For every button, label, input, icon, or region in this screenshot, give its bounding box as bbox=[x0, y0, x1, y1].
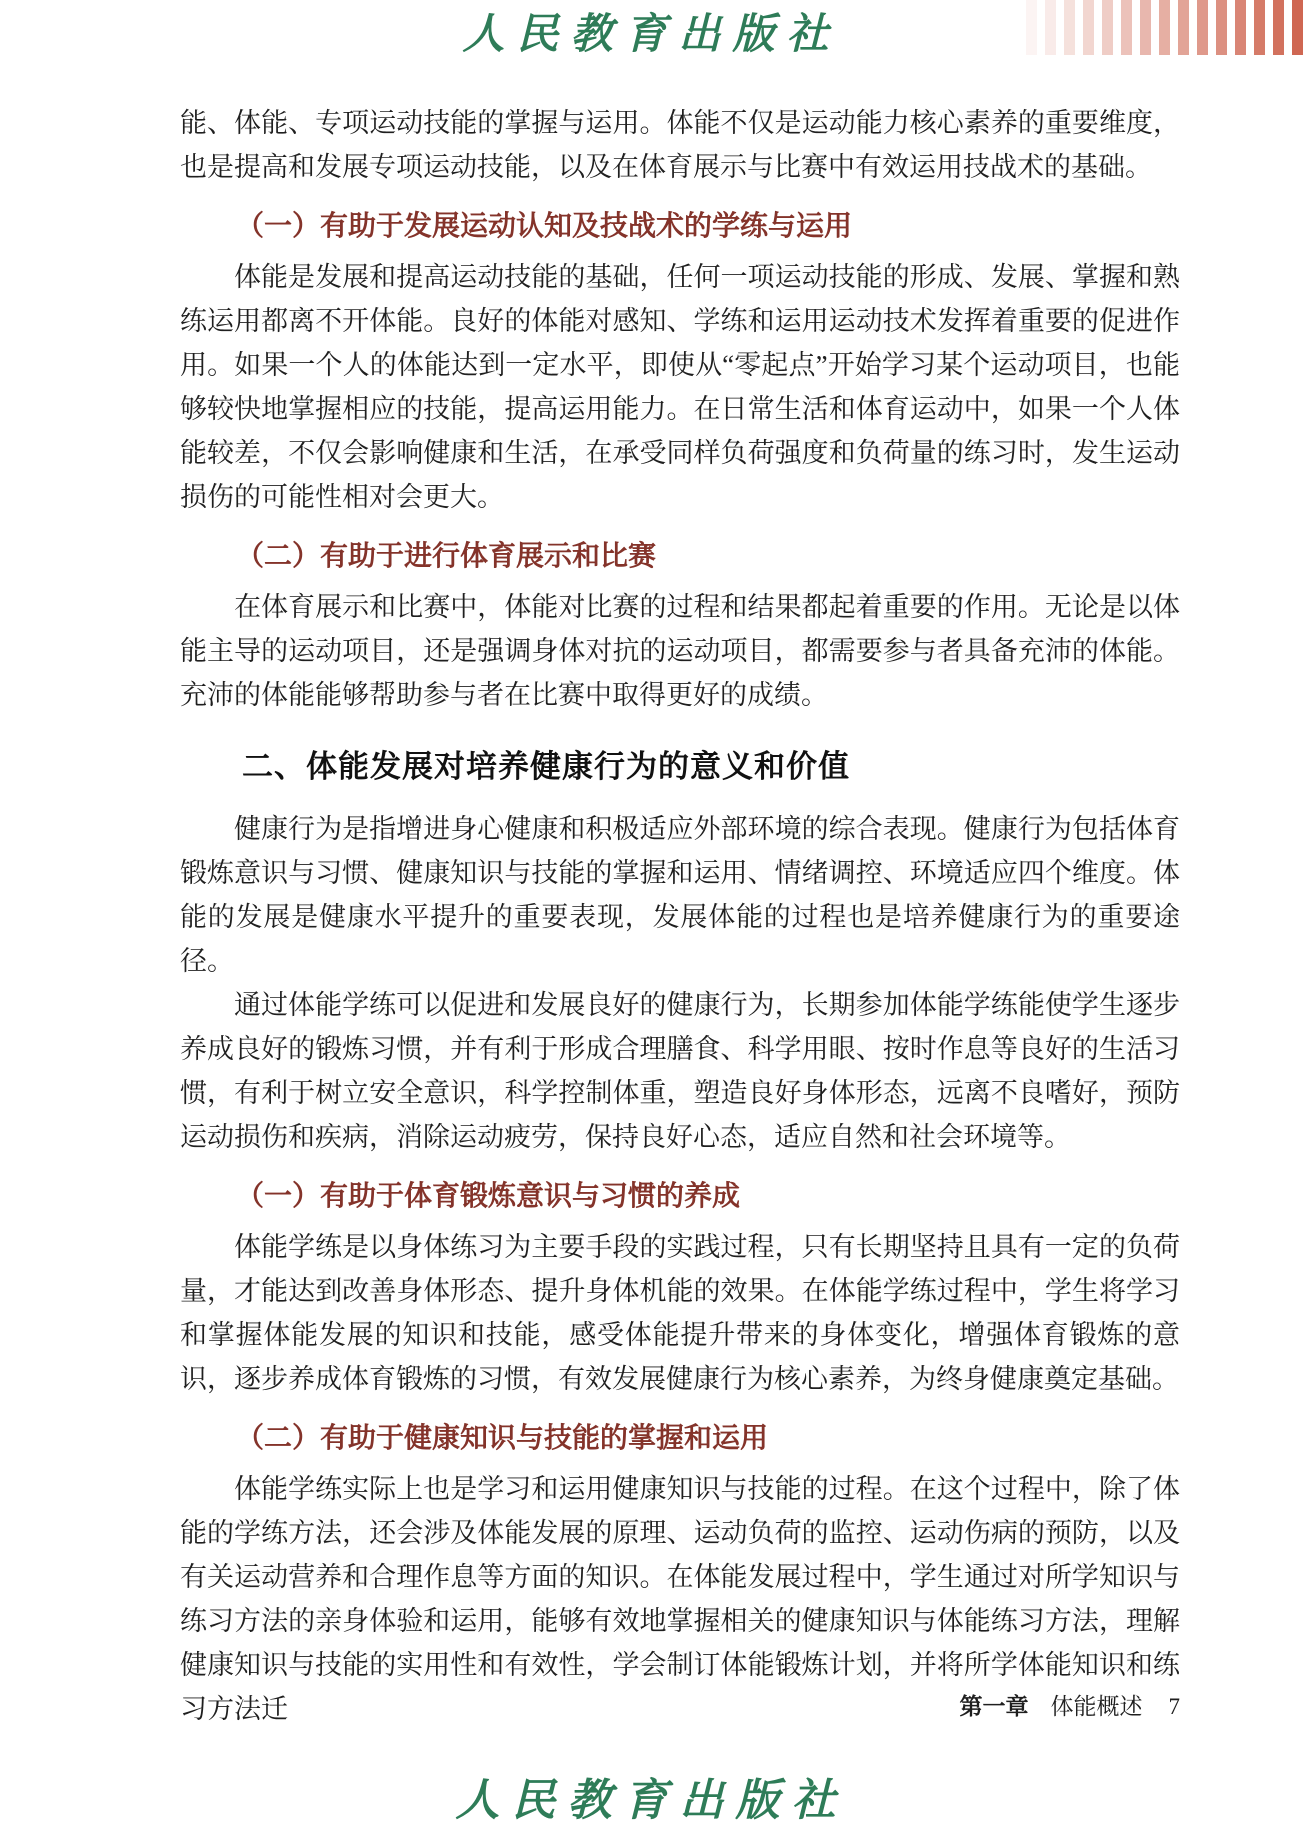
stripe-bar bbox=[1140, 0, 1151, 55]
sub-heading: （一）有助于发展运动认知及技战术的学练与运用 bbox=[180, 205, 1180, 249]
body-paragraph: 体能是发展和提高运动技能的基础，任何一项运动技能的形成、发展、掌握和熟练运用都离… bbox=[180, 255, 1180, 519]
stripe-bar bbox=[1121, 0, 1132, 55]
stripe-bar bbox=[1178, 0, 1189, 55]
stripe-bar bbox=[1159, 0, 1170, 55]
body-paragraph: 体能学练是以身体练习为主要手段的实践过程，只有长期坚持且具有一定的负荷量，才能达… bbox=[180, 1225, 1180, 1401]
decorative-stripes bbox=[1026, 0, 1303, 55]
body-paragraph: 通过体能学练可以促进和发展良好的健康行为，长期参加体能学练能使学生逐步养成良好的… bbox=[180, 983, 1180, 1159]
footer-section-label: 体能概述 bbox=[1051, 1694, 1143, 1719]
body-paragraph: 在体育展示和比赛中，体能对比赛的过程和结果都起着重要的作用。无论是以体能主导的运… bbox=[180, 585, 1180, 717]
stripe-bar bbox=[1197, 0, 1208, 55]
section-heading: 二、体能发展对培养健康行为的意义和价值 bbox=[180, 743, 1180, 791]
footer-page-number: 7 bbox=[1169, 1694, 1181, 1719]
body-paragraph: 健康行为是指增进身心健康和积极适应外部环境的综合表现。健康行为包括体育锻炼意识与… bbox=[180, 807, 1180, 983]
stripe-bar bbox=[1102, 0, 1113, 55]
body-paragraph: 能、体能、专项运动技能的掌握与运用。体能不仅是运动能力核心素养的重要维度，也是提… bbox=[180, 101, 1180, 189]
page-footer: 第一章体能概述7 bbox=[960, 1692, 1181, 1722]
footer-chapter-label: 第一章 bbox=[960, 1694, 1029, 1719]
page-body-text: 能、体能、专项运动技能的掌握与运用。体能不仅是运动能力核心素养的重要维度，也是提… bbox=[180, 101, 1180, 1731]
stripe-bar bbox=[1064, 0, 1075, 55]
stripe-bar bbox=[1026, 0, 1037, 55]
stripe-bar bbox=[1292, 0, 1303, 55]
textbook-page: 人民教育出版社 能、体能、专项运动技能的掌握与运用。体能不仅是运动能力核心素养的… bbox=[0, 0, 1303, 1842]
stripe-bar bbox=[1083, 0, 1094, 55]
sub-heading: （一）有助于体育锻炼意识与习惯的养成 bbox=[180, 1175, 1180, 1219]
stripe-bar bbox=[1235, 0, 1246, 55]
sub-heading: （二）有助于健康知识与技能的掌握和运用 bbox=[180, 1417, 1180, 1461]
stripe-bar bbox=[1254, 0, 1265, 55]
stripe-bar bbox=[1045, 0, 1056, 55]
sub-heading: （二）有助于进行体育展示和比赛 bbox=[180, 535, 1180, 579]
stripe-bar bbox=[1216, 0, 1227, 55]
stripe-bar bbox=[1273, 0, 1284, 55]
publisher-logo-bottom: 人民教育出版社 bbox=[0, 1774, 1303, 1828]
